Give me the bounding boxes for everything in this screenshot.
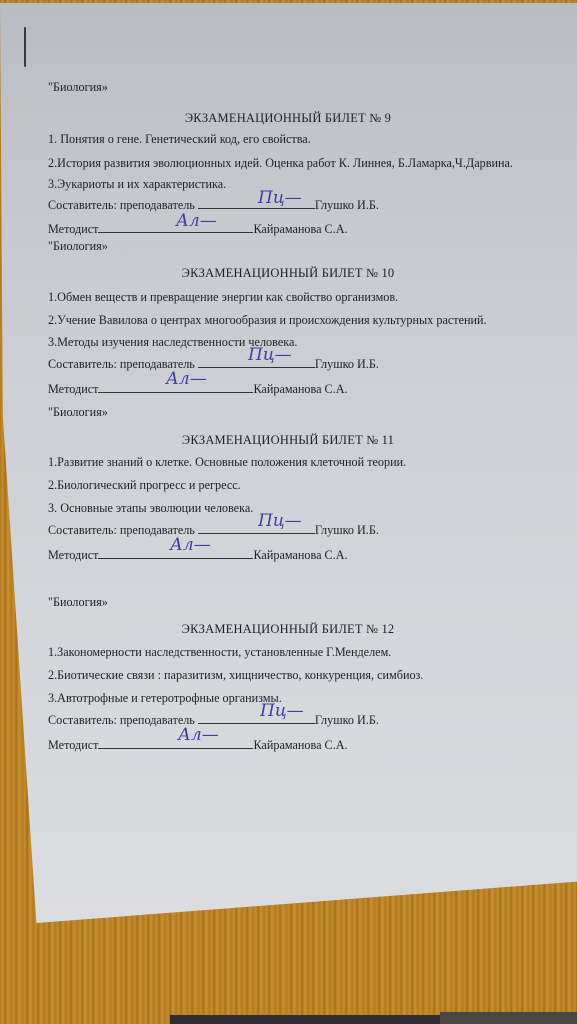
- signature-underline: [198, 533, 315, 534]
- signature-underline: [198, 367, 315, 368]
- methodist-name: Кайраманова С.А.: [253, 548, 347, 562]
- ticket-title: ЭКЗАМЕНАЦИОННЫЙ БИЛЕТ № 9: [48, 111, 528, 126]
- compiler-name: Глушко И.Б.: [315, 198, 379, 212]
- question-1: 1. Понятия о гене. Генетический код, его…: [48, 132, 311, 147]
- exam-paper-sheet: "Биология» ЭКЗАМЕНАЦИОННЫЙ БИЛЕТ № 9 1. …: [0, 3, 577, 923]
- compiler-name: Глушко И.Б.: [315, 357, 379, 371]
- ticket-title: ЭКЗАМЕНАЦИОННЫЙ БИЛЕТ № 12: [48, 622, 528, 637]
- ticket-title: ЭКЗАМЕНАЦИОННЫЙ БИЛЕТ № 10: [48, 266, 528, 281]
- methodist-label: Методист: [48, 738, 98, 752]
- compiler-name: Глушко И.Б.: [315, 713, 379, 727]
- subject-label: "Биология»: [48, 239, 108, 254]
- compiler-signature: Пц—: [248, 345, 292, 365]
- question-3: 3.Эукариоты и их характеристика.: [48, 177, 226, 192]
- methodist-signature: Ал—: [166, 369, 207, 389]
- methodist-name: Кайраманова С.А.: [253, 222, 347, 236]
- signature-underline: [98, 558, 253, 559]
- methodist-name: Кайраманова С.А.: [253, 738, 347, 752]
- methodist-name: Кайраманова С.А.: [253, 382, 347, 396]
- question-3: 3.Автотрофные и гетеротрофные организмы.: [48, 691, 282, 706]
- compiler-name: Глушко И.Б.: [315, 523, 379, 537]
- question-1: 1.Развитие знаний о клетке. Основные пол…: [48, 455, 406, 470]
- compiler-label: Составитель: преподаватель: [48, 198, 195, 212]
- question-2: 2.Биологический прогресс и регресс.: [48, 478, 241, 493]
- question-2: 2.Биотические связи : паразитизм, хищнич…: [48, 668, 423, 683]
- methodist-signature: Ал—: [176, 211, 217, 231]
- compiler-signature: Пц—: [258, 511, 302, 531]
- compiler-signature: Пц—: [260, 701, 304, 721]
- compiler-label: Составитель: преподаватель: [48, 713, 195, 727]
- compiler-signature: Пц—: [258, 188, 302, 208]
- question-1: 1.Обмен веществ и превращение энергии ка…: [48, 290, 398, 305]
- signature-underline: [98, 232, 253, 233]
- methodist-label: Методист: [48, 222, 98, 236]
- subject-label: "Биология»: [48, 405, 108, 420]
- signature-underline: [98, 748, 253, 749]
- compiler-signature-line: Составитель: преподаватель Глушко И.Б.: [48, 523, 379, 538]
- methodist-label: Методист: [48, 548, 98, 562]
- signature-underline: [198, 208, 315, 209]
- staple-mark: [24, 27, 26, 67]
- compiler-signature-line: Составитель: преподаватель Глушко И.Б.: [48, 357, 379, 372]
- methodist-label: Методист: [48, 382, 98, 396]
- question-1: 1.Закономерности наследственности, устан…: [48, 645, 391, 660]
- question-2: 2.Учение Вавилова о центрах многообразия…: [48, 313, 487, 328]
- question-2: 2.История развития эволюционных идей. Оц…: [48, 156, 513, 171]
- subject-label: "Биология»: [48, 595, 108, 610]
- ticket-title: ЭКЗАМЕНАЦИОННЫЙ БИЛЕТ № 11: [48, 433, 528, 448]
- question-3: 3. Основные этапы эволюции человека.: [48, 501, 253, 516]
- signature-underline: [98, 392, 253, 393]
- methodist-signature: Ал—: [178, 725, 219, 745]
- desk-edge: [440, 1012, 577, 1024]
- signature-underline: [198, 723, 315, 724]
- subject-label: "Биология»: [48, 80, 108, 95]
- methodist-signature: Ал—: [170, 535, 211, 555]
